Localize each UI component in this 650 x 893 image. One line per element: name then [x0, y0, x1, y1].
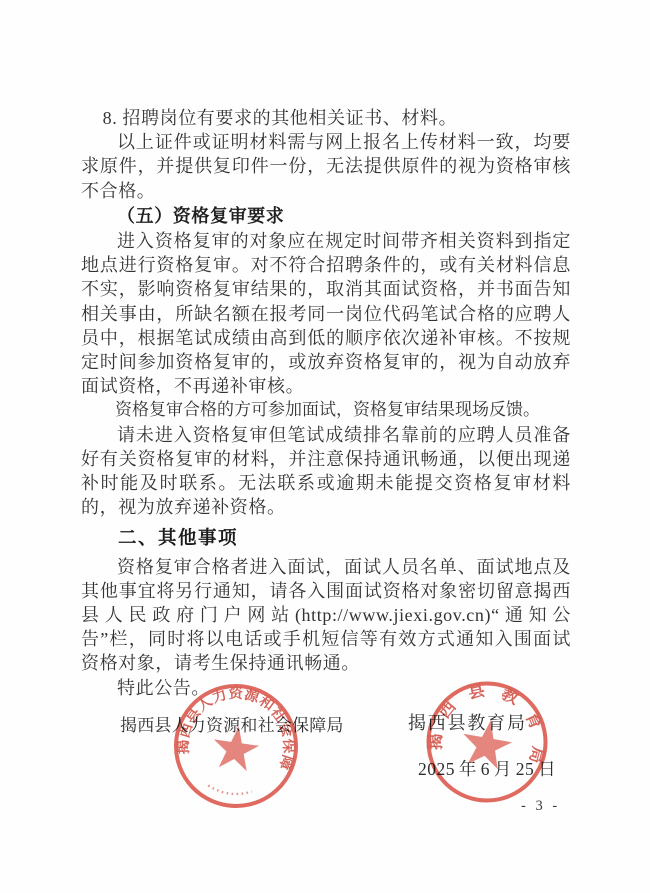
- section-heading-review-requirements: （五）资格复审要求: [81, 204, 571, 228]
- document-body: 8. 招聘岗位有要求的其他相关证书、材料。 以上证件或证明材料需与网上报名上传材…: [81, 106, 571, 700]
- star-icon: [210, 723, 261, 772]
- seal-serial-marks: [208, 786, 252, 797]
- paragraph-certificates-item8: 8. 招聘岗位有要求的其他相关证书、材料。: [81, 106, 571, 130]
- paragraph-review-procedure: 进入资格复审的对象应在规定时间带齐相关资料到指定地点进行资格复审。对不符合招聘条…: [81, 229, 571, 398]
- paragraph-original-documents: 以上证件或证明材料需与网上报名上传材料一致，均要求原件，并提供复印件一份，无法提…: [81, 130, 571, 203]
- section-heading-other-matters: 二、其他事项: [81, 526, 571, 550]
- paragraph-interview-notice: 资格复审合格者进入面试，面试人员名单、面试地点及其他事宜将另行通知，请各入围面试…: [81, 555, 571, 676]
- star-icon: [458, 716, 515, 771]
- paragraph-standby-candidates: 请未进入资格复审但笔试成绩排名靠前的应聘人员准备好有关资格复审的材料，并注意保持…: [81, 423, 571, 520]
- scanned-document-page: 8. 招聘岗位有要求的其他相关证书、材料。 以上证件或证明材料需与网上报名上传材…: [0, 0, 650, 893]
- education-bureau-official-seal: 揭西县教育局: [408, 663, 566, 821]
- hr-bureau-official-seal: 揭西县人力资源和社会保障局: [157, 667, 315, 825]
- paragraph-review-result: 资格复审合格的方可参加面试，资格复审结果现场反馈。: [81, 398, 571, 422]
